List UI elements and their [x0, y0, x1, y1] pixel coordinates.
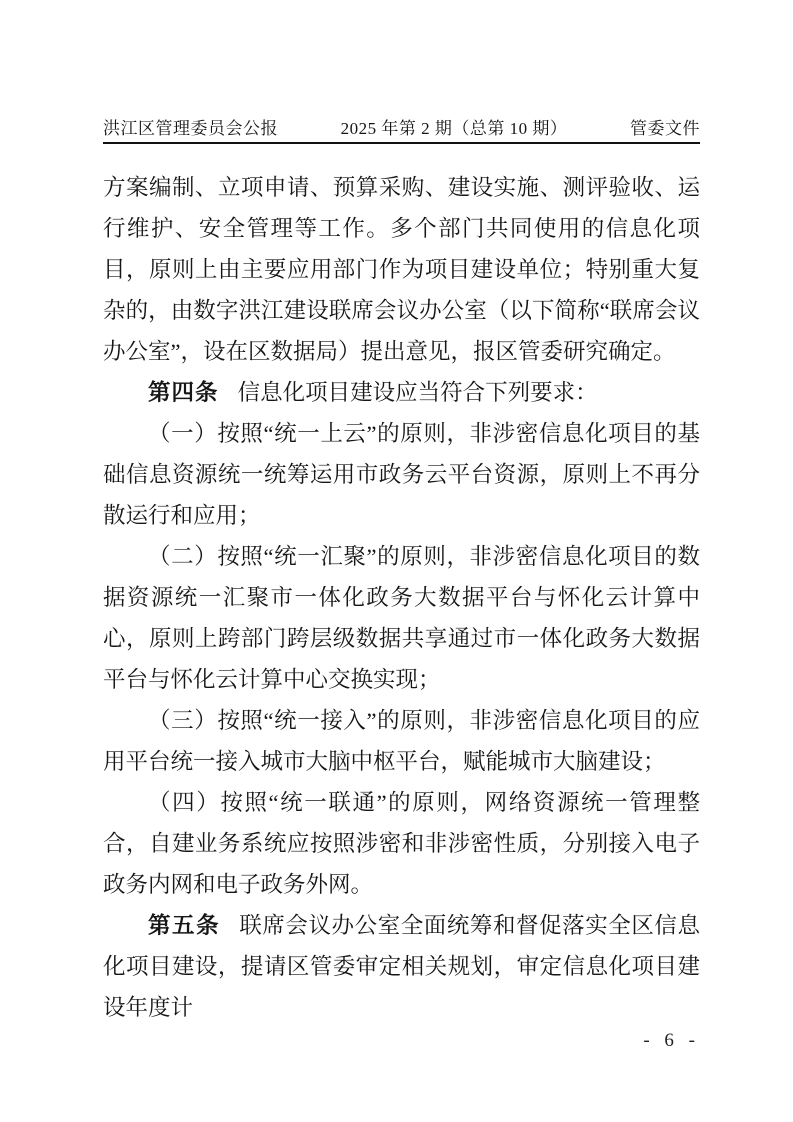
body-paragraph-article-4: 第四条信息化项目建设应当符合下列要求： [103, 372, 700, 413]
document-body: 方案编制、立项申请、预算采购、建设实施、测评验收、运行维护、安全管理等工作。多个… [103, 167, 700, 1028]
body-paragraph-continuation: 方案编制、立项申请、预算采购、建设实施、测评验收、运行维护、安全管理等工作。多个… [103, 167, 700, 372]
article-4-text: 信息化项目建设应当符合下列要求： [238, 380, 598, 405]
article-number-4: 第四条 [148, 380, 219, 405]
body-paragraph-article-5: 第五条联席会议办公室全面统筹和督促落实全区信息化项目建设，提请区管委审定相关规划… [103, 905, 700, 1028]
body-paragraph-item-1: （一）按照“统一上云”的原则，非涉密信息化项目的基础信息资源统一统筹运用市政务云… [103, 413, 700, 536]
body-paragraph-item-2: （二）按照“统一汇聚”的原则，非涉密信息化项目的数据资源统一汇聚市一体化政务大数… [103, 536, 700, 700]
body-paragraph-item-4: （四）按照“统一联通”的原则，网络资源统一管理整合，自建业务系统应按照涉密和非涉… [103, 782, 700, 905]
body-paragraph-item-3: （三）按照“统一接入”的原则，非涉密信息化项目的应用平台统一接入城市大脑中枢平台… [103, 700, 700, 782]
gazette-page: 洪江区管理委员会公报 2025 年第 2 期（总第 10 期） 管委文件 方案编… [0, 0, 793, 1122]
running-header: 洪江区管理委员会公报 2025 年第 2 期（总第 10 期） 管委文件 [103, 114, 700, 144]
gazette-title: 洪江区管理委员会公报 [103, 114, 278, 139]
issue-info: 2025 年第 2 期（总第 10 期） [341, 114, 568, 139]
article-number-5: 第五条 [148, 913, 220, 938]
document-category: 管委文件 [630, 114, 700, 139]
page-number: - 6 - [643, 1030, 700, 1052]
